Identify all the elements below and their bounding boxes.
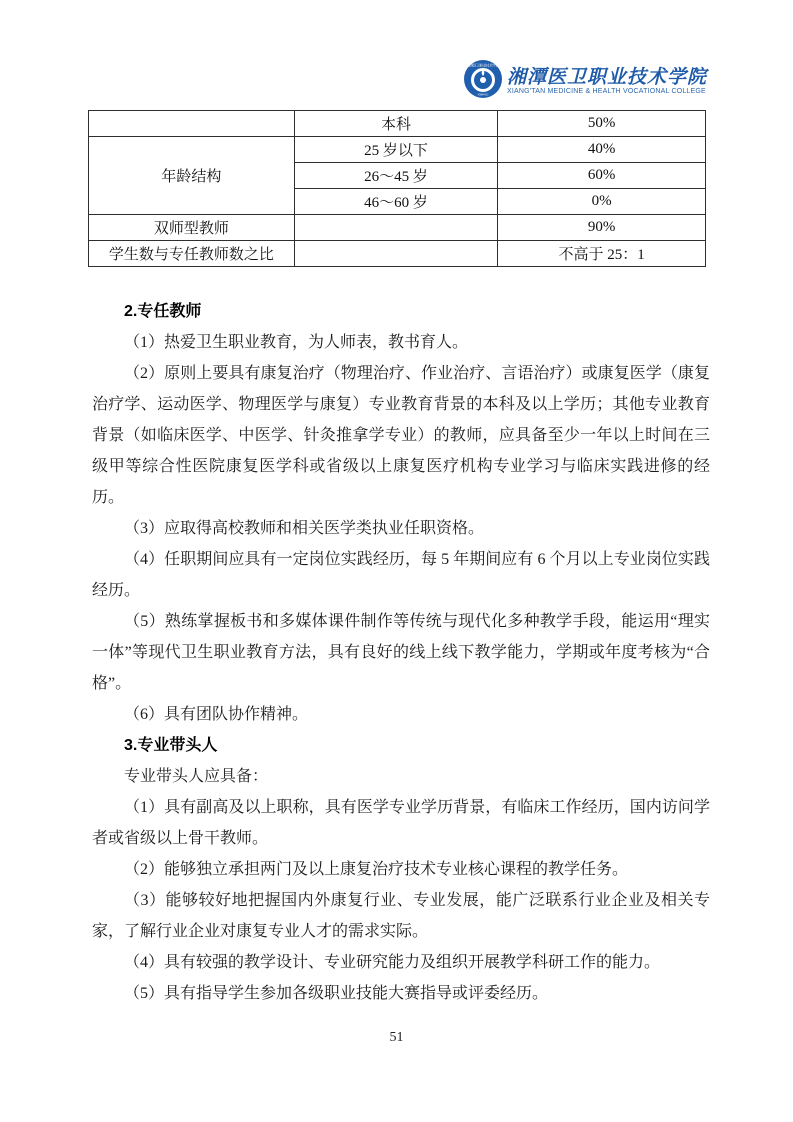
table-row-student-teacher-ratio: 学生数与专任教师数之比 不高于 25：1 bbox=[89, 241, 706, 267]
table-cell: 26～45 岁 bbox=[294, 163, 498, 189]
table-cell: 本科 bbox=[294, 111, 498, 137]
paragraph: （6）具有团队协作精神。 bbox=[92, 699, 710, 730]
table-row-dual-teacher: 双师型教师 90% bbox=[89, 215, 706, 241]
paragraph: （4）任职期间应具有一定岗位实践经历，每 5 年期间应有 6 个月以上专业岗位实… bbox=[92, 544, 710, 606]
table-cell: 双师型教师 bbox=[89, 215, 295, 241]
paragraph: 专业带头人应具备： bbox=[92, 761, 710, 792]
paragraph: （3）能够较好地把握国内外康复行业、专业发展，能广泛联系行业企业及相关专家，了解… bbox=[92, 885, 710, 947]
table-cell: 学生数与专任教师数之比 bbox=[89, 241, 295, 267]
college-emblem-icon: 湘潭医卫职业技术学院 · XMHVC · bbox=[464, 60, 502, 103]
document-page: 湘潭医卫职业技术学院 · XMHVC · 湘潭医卫职业技术学院 XIANG'TA… bbox=[0, 0, 793, 1122]
paragraph: （5）具有指导学生参加各级职业技能大赛指导或评委经历。 bbox=[92, 978, 710, 1009]
table-cell: 25 岁以下 bbox=[294, 137, 498, 163]
table-cell: 46～60 岁 bbox=[294, 189, 498, 215]
section-heading-program-leader: 3.专业带头人 bbox=[92, 730, 710, 761]
table-cell-age-structure: 年龄结构 bbox=[89, 137, 295, 215]
paragraph: （4）具有较强的教学设计、专业研究能力及组织开展教学科研工作的能力。 bbox=[92, 947, 710, 978]
table-row-undergraduate: 本科 50% bbox=[89, 111, 706, 137]
table-cell: 40% bbox=[498, 137, 706, 163]
table-cell: 60% bbox=[498, 163, 706, 189]
page-number: 51 bbox=[0, 1030, 793, 1046]
paragraph: （3）应取得高校教师和相关医学类执业任职资格。 bbox=[92, 513, 710, 544]
paragraph: （1）具有副高及以上职称，具有医学专业学历背景，有临床工作经历，国内访问学者或省… bbox=[92, 792, 710, 854]
paragraph: （1）热爱卫生职业教育，为人师表，教书育人。 bbox=[92, 327, 710, 358]
faculty-indicators-table: 本科 50% 年龄结构 25 岁以下 40% 26～45 岁 60% 46～60… bbox=[88, 110, 706, 267]
table-cell bbox=[294, 241, 498, 267]
table-cell: 90% bbox=[498, 215, 706, 241]
svg-text:湘潭医卫职业技术学院: 湘潭医卫职业技术学院 bbox=[467, 63, 500, 68]
table-cell bbox=[294, 215, 498, 241]
table-cell bbox=[89, 111, 295, 137]
college-logo: 湘潭医卫职业技术学院 · XMHVC · 湘潭医卫职业技术学院 XIANG'TA… bbox=[464, 60, 707, 103]
table-cell: 50% bbox=[498, 111, 706, 137]
logo-chinese-name: 湘潭医卫职业技术学院 bbox=[507, 67, 707, 88]
table-cell: 0% bbox=[498, 189, 706, 215]
logo-wordmark: 湘潭医卫职业技术学院 XIANG'TAN MEDICINE & HEALTH V… bbox=[507, 67, 707, 96]
table-cell: 不高于 25：1 bbox=[498, 241, 706, 267]
paragraph: （2）能够独立承担两门及以上康复治疗技术专业核心课程的教学任务。 bbox=[92, 854, 710, 885]
document-body: 2.专任教师 （1）热爱卫生职业教育，为人师表，教书育人。 （2）原则上要具有康… bbox=[92, 296, 710, 1009]
svg-text:· XMHVC ·: · XMHVC · bbox=[476, 93, 491, 97]
table-row-age-under25: 年龄结构 25 岁以下 40% bbox=[89, 137, 706, 163]
logo-english-name: XIANG'TAN MEDICINE & HEALTH VOCATIONAL C… bbox=[507, 88, 706, 96]
section-heading-full-time-teachers: 2.专任教师 bbox=[92, 296, 710, 327]
page-header: 湘潭医卫职业技术学院 · XMHVC · 湘潭医卫职业技术学院 XIANG'TA… bbox=[464, 60, 707, 103]
paragraph: （2）原则上要具有康复治疗（物理治疗、作业治疗、言语治疗）或康复医学（康复治疗学… bbox=[92, 358, 710, 513]
paragraph: （5）熟练掌握板书和多媒体课件制作等传统与现代化多种教学手段，能运用“理实一体”… bbox=[92, 606, 710, 699]
